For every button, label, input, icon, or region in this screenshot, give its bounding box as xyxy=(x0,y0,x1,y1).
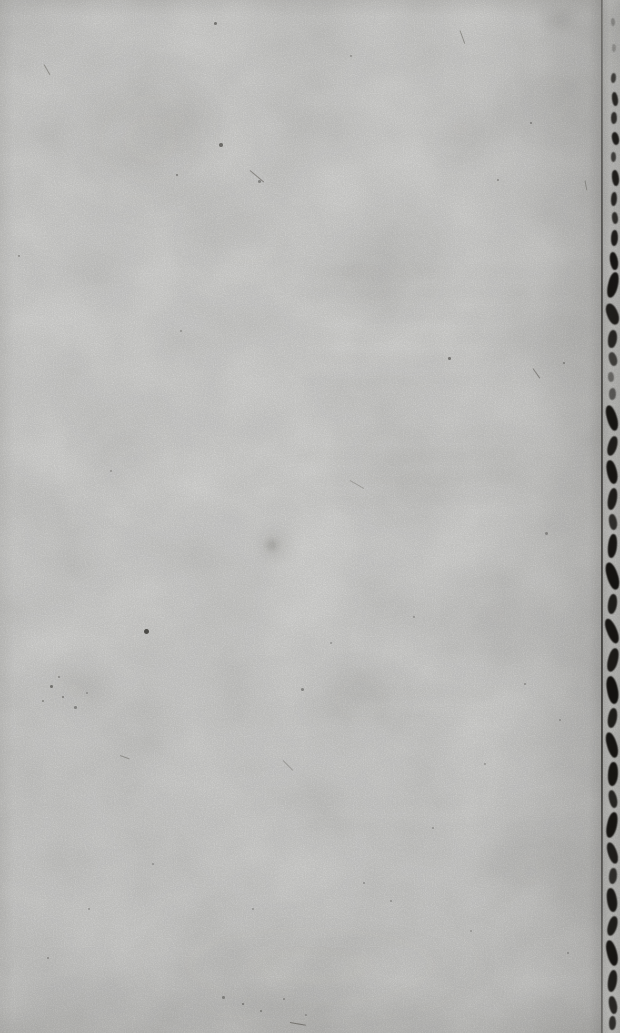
foxing-speckle xyxy=(260,1010,262,1012)
fore-edge-ink-mark xyxy=(606,593,618,614)
fore-edge-ink-mark xyxy=(611,92,618,106)
fore-edge-ink-mark xyxy=(606,969,619,992)
paper-stain xyxy=(340,540,400,740)
foxing-speckle xyxy=(390,900,392,902)
fore-edge-ink-mark xyxy=(611,132,620,146)
paper-stain xyxy=(20,30,280,250)
paper-stain xyxy=(60,380,200,540)
fore-edge-ink-mark xyxy=(607,762,619,787)
scanned-page xyxy=(0,0,620,1033)
fore-edge-ink-mark xyxy=(611,18,615,26)
fore-edge-ink-mark xyxy=(612,44,617,52)
foxing-speckle xyxy=(413,616,415,618)
foxing-speckle xyxy=(219,143,223,147)
foxing-speckle xyxy=(152,863,154,865)
fore-edge-ink-mark xyxy=(607,789,618,808)
fore-edge-ink-mark xyxy=(611,170,619,186)
fore-edge-ink-mark xyxy=(608,868,618,885)
fore-edge-ink-marks xyxy=(603,0,620,1033)
foxing-speckle xyxy=(18,255,20,257)
paper-stain xyxy=(205,985,345,1025)
foxing-speckle xyxy=(283,998,285,1000)
fore-edge-ink-mark xyxy=(608,996,618,1015)
foxing-speckle xyxy=(301,688,304,691)
hairline-scratch xyxy=(460,30,466,43)
paper-stain xyxy=(150,180,350,300)
fore-edge-ink-mark xyxy=(606,888,618,913)
fore-edge-ink-mark xyxy=(604,561,620,591)
fore-edge-ink-mark xyxy=(608,388,616,401)
gutter-shadow xyxy=(468,0,602,1033)
hairline-scratch xyxy=(44,64,51,75)
paper-stain xyxy=(120,80,230,160)
foxing-speckle xyxy=(432,827,434,829)
bleedthrough-line xyxy=(300,822,495,829)
foxing-speckle xyxy=(50,685,53,688)
fore-edge-strip xyxy=(603,0,620,1033)
paper-stain xyxy=(0,595,26,635)
fore-edge-ink-mark xyxy=(609,252,619,271)
fore-edge-ink-mark xyxy=(604,811,620,839)
fore-edge-ink-mark xyxy=(608,351,619,366)
foxing-speckle xyxy=(74,706,77,709)
foxing-speckle xyxy=(330,642,332,644)
fore-edge-ink-mark xyxy=(604,731,620,759)
paper-stain xyxy=(262,536,282,554)
foxing-speckle xyxy=(214,22,217,25)
foxing-speckle xyxy=(58,676,60,678)
fore-edge-ink-mark xyxy=(605,459,619,484)
fore-edge-ink-mark xyxy=(605,271,620,299)
foxing-speckle xyxy=(222,996,225,999)
foxing-speckle xyxy=(110,470,112,472)
foxing-speckle xyxy=(47,957,49,959)
paper-stain xyxy=(280,640,440,760)
fore-edge-ink-mark xyxy=(612,212,619,224)
foxing-speckle xyxy=(242,1003,244,1005)
hairline-scratch xyxy=(250,170,264,182)
fore-edge-ink-mark xyxy=(608,1016,616,1031)
fore-edge-ink-mark xyxy=(605,435,620,457)
fore-edge-ink-mark xyxy=(604,302,620,326)
fore-edge-ink-mark xyxy=(606,487,619,510)
fore-edge-ink-mark xyxy=(605,915,620,937)
fore-edge-ink-mark xyxy=(606,533,618,558)
foxing-speckle xyxy=(252,908,254,910)
fore-edge-ink-mark xyxy=(606,707,619,728)
fore-edge-ink-mark xyxy=(605,647,620,673)
fore-edge-ink-mark xyxy=(607,329,619,348)
fore-edge-ink-mark xyxy=(605,841,620,865)
foxing-speckle xyxy=(180,330,182,332)
foxing-speckle xyxy=(62,696,64,698)
fore-edge-ink-mark xyxy=(605,675,620,704)
foxing-speckle xyxy=(176,174,178,176)
foxing-speckle xyxy=(305,1014,307,1016)
paper-stain xyxy=(300,390,480,530)
foxing-speckle xyxy=(448,357,451,360)
hairline-scratch xyxy=(350,480,364,489)
hairline-scratch xyxy=(283,760,294,771)
foxing-speckle xyxy=(144,629,149,634)
paper-stain xyxy=(246,520,304,572)
fore-edge-ink-mark xyxy=(610,73,616,84)
foxing-speckle xyxy=(86,692,88,694)
fore-edge-ink-mark xyxy=(603,617,620,645)
fore-edge-ink-mark xyxy=(610,230,618,247)
foxing-speckle xyxy=(88,908,90,910)
paper-stain xyxy=(96,600,206,670)
fore-edge-ink-mark xyxy=(608,372,614,382)
fore-edge-ink-mark xyxy=(608,514,618,531)
fore-edge-ink-mark xyxy=(610,192,617,207)
fore-edge-ink-mark xyxy=(611,152,617,162)
foxing-speckle xyxy=(42,700,44,702)
hairline-scratch xyxy=(120,755,130,759)
foxing-speckle xyxy=(350,55,352,57)
fore-edge-ink-mark xyxy=(611,112,618,124)
paper-stain xyxy=(290,230,440,340)
fore-edge-ink-mark xyxy=(604,939,619,967)
fore-edge-ink-mark xyxy=(604,404,620,432)
paper-stain xyxy=(30,655,120,725)
foxing-speckle xyxy=(258,180,261,183)
hairline-scratch xyxy=(290,1022,306,1026)
foxing-speckle xyxy=(363,882,365,884)
